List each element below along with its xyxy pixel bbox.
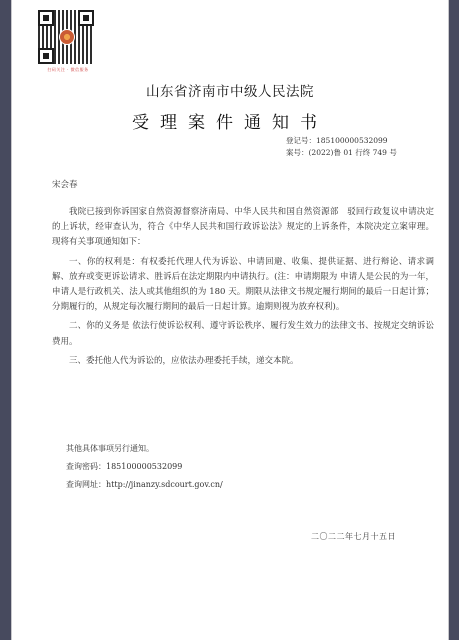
notice-body: 我院已接到你诉国家自然资源督察济南局、中华人民共和国自然资源部 驳回行政复议申请… xyxy=(52,205,434,373)
issue-date: 二〇二二年七月十五日 xyxy=(311,531,396,542)
qr-code-icon xyxy=(38,10,94,64)
query-url-link[interactable]: http://jinanzy.sdcourt.gov.cn/ xyxy=(106,480,223,489)
paragraph-intro: 我院已接到你诉国家自然资源督察济南局、中华人民共和国自然资源部 驳回行政复议申请… xyxy=(52,205,434,251)
registration-number: 登记号：185100000532099 xyxy=(286,135,397,147)
court-emblem-icon xyxy=(59,29,75,45)
paragraph-rights: 一、你的权利是：有权委托代理人代为诉讼、申请回避、收集、提供证据、进行辩论、请求… xyxy=(52,255,434,316)
query-url: 查询网址：http://jinanzy.sdcourt.gov.cn/ xyxy=(66,476,223,494)
qr-caption: 扫码关注 · 微信服务 xyxy=(38,67,98,73)
case-number: 案号：(2022)鲁 01 行终 749 号 xyxy=(286,147,397,159)
query-password: 查询密码：185100000532099 xyxy=(66,458,223,476)
addressee: 宋会春 xyxy=(52,178,78,190)
paragraph-obligations: 二、你的义务是 依法行使诉讼权利、遵守诉讼秩序、履行发生效力的法律文书、按规定交… xyxy=(52,319,434,349)
qr-finder-icon xyxy=(78,10,94,26)
other-notice: 其他具体事项另行通知。 xyxy=(66,440,223,458)
court-name: 山东省济南市中级人民法院 xyxy=(12,80,448,100)
page-title: 受理案件通知书 xyxy=(12,108,448,133)
case-meta: 登记号：185100000532099 案号：(2022)鲁 01 行终 749… xyxy=(286,135,397,159)
paragraph-delegation: 三、委托他人代为诉讼的，应依法办理委托手续，递交本院。 xyxy=(52,354,434,369)
qr-finder-icon xyxy=(38,48,54,64)
footer-info: 其他具体事项另行通知。 查询密码：185100000532099 查询网址：ht… xyxy=(66,440,223,494)
document-page: 扫码关注 · 微信服务 山东省济南市中级人民法院 受理案件通知书 登记号：185… xyxy=(12,0,448,640)
qr-finder-icon xyxy=(38,10,54,26)
